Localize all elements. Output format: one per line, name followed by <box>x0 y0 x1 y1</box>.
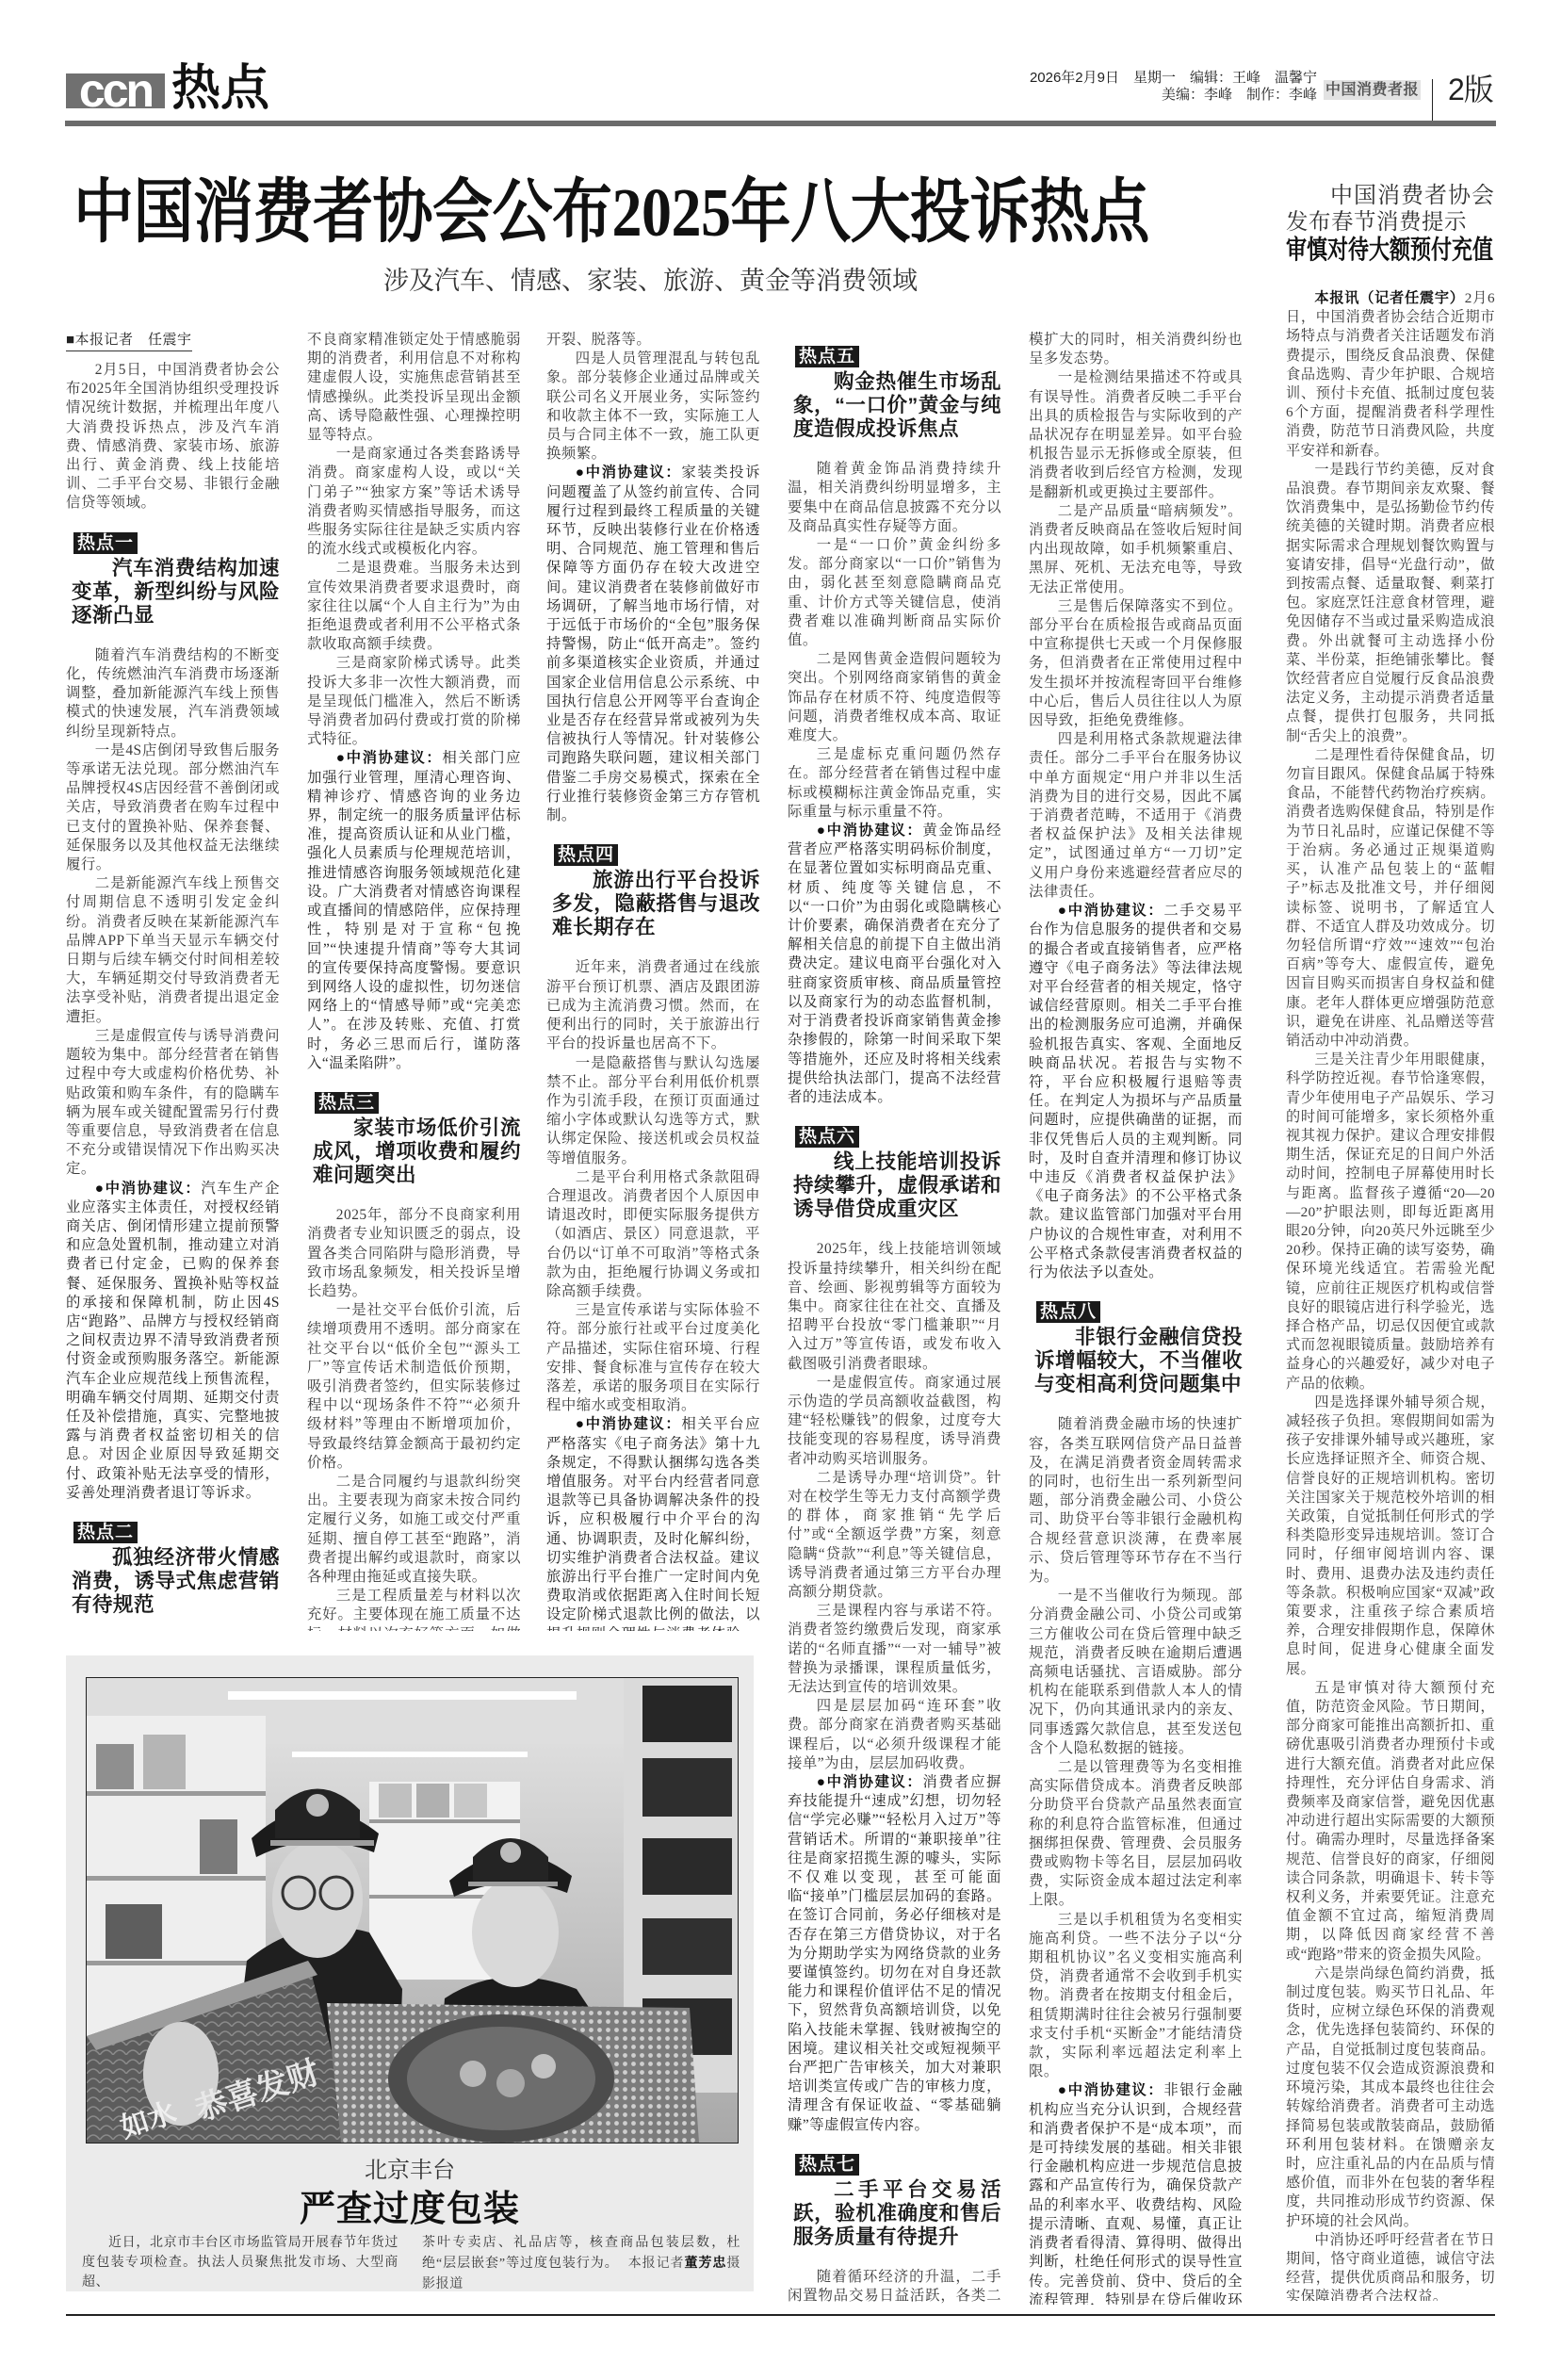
paragraph: 一是虚假宣传。商家通过展示伪造的学员高额收益截图，构建“轻松赚钱”的假象，过度夸… <box>788 1374 1001 1469</box>
sidebar-paragraph: 五是审慎对待大额预付充值，防范资金风险。节日期间，部分商家可能推出高额折扣、重磅… <box>1286 1679 1495 1964</box>
paragraph: 一是商家通过各类套路诱导消费。商家虚构人设，或以“关门弟子”“独家方案”等话术诱… <box>307 445 521 559</box>
hotspot-heading: 孤独经济带火情感消费，诱导式焦虑营销有待规范 <box>72 1546 280 1617</box>
paragraph: 一是4S店倒闭导致售后服务等承诺无法兑现。部分燃油汽车品牌授权4S店因经营不善倒… <box>66 742 280 874</box>
hotspot-label: 热点三 <box>315 1092 379 1114</box>
hotspot-section-4: 热点四 旅游出行平台投诉多发，隐蔽搭售与退改难长期存在 <box>546 844 760 939</box>
suggestion-lead: ●中消协建议： <box>576 465 682 481</box>
paragraph: 2025年，部分不良商家利用消费者专业知识匮乏的弱点，设置各类合同陷阱与隐形消费… <box>307 1206 521 1301</box>
photo-caption-left: 近日，北京市丰台区市场监管局开展春节年货过度包装专项检查。执法人员聚焦批发市场、… <box>82 2233 398 2292</box>
paragraph: 随着循环经济的升温，二手闲置物品交易日益活跃，各类二手电商平台快速发展。然而，在… <box>788 2268 1001 2305</box>
sidebar-paragraph: 中消协还呼吁经营者在节日期间，恪守商业道德，诚信守法经营，提供优质商品和服务，切… <box>1286 2231 1495 2301</box>
paragraph: 四是人员管理混乱与转包乱象。部分装修企业通过品牌或关联公司名义开展业务，实际签约… <box>546 350 760 464</box>
paragraph: 2025年，线上技能培训领域投诉量持续攀升，相关纠纷在配音、绘画、影视剪辑等方面… <box>788 1240 1001 1373</box>
credit-prefix: 本报记者 <box>628 2255 685 2270</box>
suggestion-text: 相关部门应加强行业管理，厘清心理咨询、精神诊疗、情感咨询的业务边界，制定统一的服… <box>307 750 521 1070</box>
paragraph: 二是产品质量“暗病频发”。消费者反映商品在签收后短时间内出现故障，如手机频繁重启… <box>1029 502 1243 597</box>
paragraph: 随着黄金饰品消费持续升温，相关消费纠纷明显增多，主要集中在商品信息披露不充分以及… <box>788 460 1001 536</box>
header-rule <box>65 121 1496 126</box>
article-column-1: ■本报记者 任震宇 2月5日，中国消费者协会公布2025年全国消协组织受理投诉情… <box>66 331 280 1631</box>
paragraph: 二是新能源汽车线上预售交付周期信息不透明引发定金纠纷。消费者反映在某新能源汽车品… <box>66 874 280 1027</box>
hotspot-label: 热点四 <box>554 844 618 866</box>
suggestion-lead: ●中消协建议： <box>95 1181 202 1197</box>
photo-caption-right: 茶叶专卖店、礼品店等，核查商品包装层数，杜绝“层层嵌套”等过度包装行为。本报记者… <box>422 2233 740 2294</box>
cca-suggestion: ●中消协建议：非银行金融机构应当充分认识到，合规经营和消费者保护不是“成本项”，… <box>1029 2081 1243 2305</box>
article-column-3: 开裂、脱落等。 四是人员管理混乱与转包乱象。部分装修企业通过品牌或关联公司名义开… <box>546 331 760 1631</box>
sidebar-paragraph: 三是关注青少年用眼健康，科学防控近视。春节恰逢寒假，青少年使用电子产品娱乐、学习… <box>1286 1051 1495 1394</box>
news-photo-image: 恭喜发财 如水 <box>87 1678 738 2143</box>
paragraph: 二是平台利用格式条款阻碍合理退改。消费者因个人原因申请退改时，即便实际服务提供方… <box>546 1168 760 1301</box>
paragraph: 四是层层加码“连环套”收费。部分商家在消费者购买基础课程后，以“必须升级课程才能… <box>788 1697 1001 1773</box>
sidebar-article: 本报讯（记者任震宇）2月6日，中国消费者协会结合近期市场特点与消费者关注话题发布… <box>1286 289 1495 2301</box>
news-photo: 恭喜发财 如水 <box>86 1677 739 2144</box>
hotspot-label: 热点二 <box>73 1522 138 1543</box>
hotspot-heading: 家装市场低价引流成风，增项收费和履约难问题突出 <box>313 1117 521 1187</box>
sidebar-paragraph: 一是践行节约美德，反对食品浪费。春节期间亲友欢聚、餐饮消费集中，是弘扬勤俭节约传… <box>1286 461 1495 746</box>
cca-suggestion: ●中消协建议：二手交易平台作为信息服务的提供者和交易的撮合者或直接销售者，应严格… <box>1029 902 1243 1282</box>
cca-suggestion: ●中消协建议：家装类投诉问题覆盖了从签约前宣传、合同履行过程到最终工程质量的关键… <box>546 464 760 825</box>
hotspot-heading: 旅游出行平台投诉多发，隐蔽搭售与退改难长期存在 <box>552 869 760 939</box>
byline: ■本报记者 任震宇 <box>66 331 192 351</box>
suggestion-text: 汽车生产企业应落实主体责任，对授权经销商关店、倒闭情形建立提前预警和应急处置机制… <box>66 1181 280 1501</box>
cca-suggestion: ●中消协建议：消费者应摒弃技能提升“速成”幻想，切勿轻信“学完必赚”“轻松月入过… <box>788 1773 1001 2135</box>
section-name: 热点 <box>171 62 269 117</box>
paragraph: 二是网售黄金造假问题较为突出。个别网络商家销售的黄金饰品存在材质不符、纯度造假等… <box>788 650 1001 745</box>
hotspot-heading: 线上技能培训投诉持续攀升，虚假承诺和诱导借贷成重灾区 <box>793 1150 1001 1221</box>
suggestion-lead: ●中消协建议： <box>576 1416 682 1432</box>
suggestion-text: 消费者应摒弃技能提升“速成”幻想，切勿轻信“学完必赚”“轻松月入过万”等营销话术… <box>788 1774 1001 2133</box>
page-subtitle: 涉及汽车、情感、家装、旅游、黄金等消费领域 <box>383 267 918 295</box>
paragraph: 三是商家阶梯式诱导。此类投诉大多非一次性大额消费，而是呈现低门槛准入，然后不断诱… <box>307 654 521 749</box>
issue-date-editors: 2026年2月9日 星期一 编辑：王峰 温馨宁 <box>1030 70 1317 87</box>
hotspot-section-1: 热点一 汽车消费结构加速变革，新型纠纷与风险逐渐凸显 <box>66 532 280 628</box>
header-divider <box>1432 79 1433 121</box>
paragraph-continued: 开裂、脱落等。 <box>546 331 760 350</box>
suggestion-lead: ●中消协建议： <box>817 823 923 839</box>
sidebar-paragraph: 二是理性看待保健食品，切勿盲目跟风。保健食品属于特殊食品，不能替代药物治疗疾病。… <box>1286 746 1495 1051</box>
hotspot-label: 热点八 <box>1036 1301 1100 1323</box>
cca-suggestion: ●中消协建议：黄金饰品经营者应严格落实明码标价制度，在显著位置如实标明商品克重、… <box>788 822 1001 1107</box>
suggestion-text: 非银行金融机构应当充分认识到，合规经营和消费者保护不是“成本项”，而是可持续发展… <box>1029 2082 1243 2305</box>
photo-feature: 恭喜发财 如水 北京丰台 严查过度包装 近日，北京市丰台区市场监管局开展春节年货… <box>66 1655 754 2291</box>
paragraph: 2月5日，中国消费者协会公布2025年全国消协组织受理投诉情况统计数据，并梳理出… <box>66 361 280 513</box>
suggestion-text: 家装类投诉问题覆盖了从签约前宣传、合同履行过程到最终工程质量的关键环节，反映出装… <box>546 465 760 823</box>
hotspot-heading: 非银行金融信贷投诉增幅较大，不当催收与变相高利贷问题集中 <box>1034 1326 1243 1396</box>
sidebar-kicker-line-1: 中国消费者协会 <box>1286 183 1495 208</box>
hotspot-heading: 汽车消费结构加速变革，新型纠纷与风险逐渐凸显 <box>72 557 280 628</box>
paragraph: 一是隐蔽搭售与默认勾选屡禁不止。部分平台利用低价机票作为引流手段，在预订页面通过… <box>546 1054 760 1168</box>
page-bottom-rule <box>66 2314 1495 2316</box>
paragraph: 三是售后保障落实不到位。部分平台在质检报告或商品页面中宣称提供七天或一个月保修服… <box>1029 597 1243 730</box>
sidebar-dateline-source: 本报讯（记者任震宇） <box>1314 290 1464 306</box>
paragraph: 三是虚标克重问题仍然存在。部分经营者在销售过程中虚标或模糊标注黄金饰品克重，实际… <box>788 745 1001 822</box>
suggestion-lead: ●中消协建议： <box>336 750 443 766</box>
hotspot-heading: 购金热催生市场乱象，“一口价”黄金与纯度造假成投诉焦点 <box>793 370 1001 441</box>
sidebar-paragraph: 本报讯（记者任震宇）2月6日，中国消费者协会结合近期市场特点与消费者关注话题发布… <box>1286 289 1495 461</box>
suggestion-lead: ●中消协建议： <box>1058 2082 1164 2098</box>
paragraph: 二是退费难。当服务未达到宣传效果消费者要求退费时，商家往往以属“个人自主行为”为… <box>307 559 521 654</box>
paragraph-continued: 模扩大的同时，相关消费纠纷也呈多发态势。 <box>1029 331 1243 368</box>
hotspot-section-2: 热点二 孤独经济带火情感消费，诱导式焦虑营销有待规范 <box>66 1522 280 1617</box>
hotspot-heading: 二手平台交易活跃，验机准确度和售后服务质量有待提升 <box>793 2178 1001 2249</box>
photo-title: 严查过度包装 <box>66 2189 754 2230</box>
hotspot-section-8: 热点八 非银行金融信贷投诉增幅较大，不当催收与变相高利贷问题集中 <box>1029 1301 1243 1396</box>
sidebar-paragraph: 四是选择课外辅导须合规，减轻孩子负担。寒假期间如需为孩子安排课外辅导或兴趣班，家… <box>1286 1394 1495 1679</box>
cca-suggestion: ●中消协建议：相关部门应加强行业管理，厘清心理咨询、精神诊疗、情感咨询的业务边界… <box>307 749 521 1072</box>
suggestion-text: 相关平台应严格落实《电子商务法》第十九条规定，不得默认捆绑勾选各类增值服务。对平… <box>546 1416 760 1631</box>
issue-staff: 美编：李峰 制作：李峰 <box>1162 87 1317 104</box>
paragraph: 三是课程内容与承诺不符。消费者签约缴费后发现，商家承诺的“名师直播”“一对一辅导… <box>788 1602 1001 1697</box>
paragraph: 三是以手机租赁为名变相实施高利贷。一些不法分子以“分期租机协议”名义变相实施高利… <box>1029 1911 1243 2082</box>
sidebar-lead-text: 2月6日，中国消费者协会结合近期市场特点与消费者关注话题发布消费提示，围绕反食品… <box>1286 290 1495 459</box>
hotspot-label: 热点七 <box>795 2154 859 2176</box>
paragraph: 一是社交平台低价引流，后续增项费用不透明。部分商家在社交平台以“低价全包”“源头… <box>307 1301 521 1473</box>
cca-suggestion: ●中消协建议：汽车生产企业应落实主体责任，对授权经销商关店、倒闭情形建立提前预警… <box>66 1180 280 1503</box>
article-column-2: 不良商家精准锁定处于情感脆弱期的消费者，利用信息不对称构建虚假人设，实施焦虑营销… <box>307 331 521 1631</box>
newspaper-logo: 中国消费者报 <box>1324 80 1421 100</box>
paragraph: 二是诱导办理“培训贷”。针对在校学生等无力支付高额学费的群体，商家推销“先学后付… <box>788 1469 1001 1602</box>
hotspot-section-7: 热点七 二手平台交易活跃，验机准确度和售后服务质量有待提升 <box>788 2154 1001 2249</box>
section-logo-ccn: ccn <box>66 73 165 108</box>
paragraph: 二是以管理费等为名变相推高实际借贷成本。消费者反映部分助贷平台贷款产品虽然表面宣… <box>1029 1758 1243 1911</box>
hotspot-label: 热点六 <box>795 1126 859 1148</box>
paragraph: 二是合同履约与退款纠纷突出。主要表现为商家未按合同约定履行义务，如施工或交付严重… <box>307 1473 521 1587</box>
paragraph: 随着消费金融市场的快速扩容，各类互联网信贷产品日益普及，在满足消费者资金周转需求… <box>1029 1415 1243 1587</box>
paragraph-continued: 不良商家精准锁定处于情感脆弱期的消费者，利用信息不对称构建虚假人设，实施焦虑营销… <box>307 331 521 445</box>
hotspot-section-6: 热点六 线上技能培训投诉持续攀升，虚假承诺和诱导借贷成重灾区 <box>788 1126 1001 1221</box>
paragraph: 四是利用格式条款规避法律责任。部分二手平台在服务协议中单方面规定“用户并非以生活… <box>1029 730 1243 902</box>
sidebar-headline: 审慎对待大额预付充值 <box>1286 236 1493 264</box>
paragraph: 一是“一口价”黄金纠纷多发。部分商家以“一口价”销售为由，弱化甚至刻意隐瞒商品克… <box>788 536 1001 650</box>
hotspot-label: 热点五 <box>795 346 859 367</box>
cca-suggestion: ●中消协建议：相关平台应严格落实《电子商务法》第十九条规定，不得默认捆绑勾选各类… <box>546 1415 760 1631</box>
suggestion-text: 黄金饰品经营者应严格落实明码标价制度，在显著位置如实标明商品克重、材质、纯度等关… <box>788 823 1001 1105</box>
suggestion-lead: ●中消协建议： <box>817 1774 923 1790</box>
paragraph: 一是不当催收行为频现。部分消费金融公司、小贷公司或第三方催收公司在贷后管理中缺乏… <box>1029 1587 1243 1758</box>
paragraph: 一是检测结果描述不符或具有误导性。消费者反映二手平台出具的质检报告与实际收到的产… <box>1029 368 1243 501</box>
paragraph: 近年来，消费者通过在线旅游平台预订机票、酒店及跟团游已成为主流消费习惯。然而，在… <box>546 958 760 1053</box>
article-column-5: 模扩大的同时，相关消费纠纷也呈多发态势。 一是检测结果描述不符或具有误导性。消费… <box>1029 331 1243 2305</box>
article-column-4: 热点五 购金热催生市场乱象，“一口价”黄金与纯度造假成投诉焦点 随着黄金饰品消费… <box>788 331 1001 2305</box>
hotspot-label: 热点一 <box>73 532 138 554</box>
page-number: 2版 <box>1448 73 1493 106</box>
sidebar-kicker-line-2: 发布春节消费提示 <box>1286 209 1467 234</box>
photo-location: 北京丰台 <box>66 2158 754 2184</box>
sidebar-paragraph: 六是崇尚绿色简约消费，抵制过度包装。购买节日礼品、年货时，应树立绿色环保的消费观… <box>1286 1964 1495 2231</box>
suggestion-lead: ●中消协建议： <box>1058 903 1164 919</box>
paragraph: 三是虚假宣传与诱导消费问题较为集中。部分经营者在销售过程中夸大或虚构价格优势、补… <box>66 1027 280 1180</box>
page-title: 中国消费者协会公布2025年八大投诉热点 <box>73 177 1149 249</box>
hotspot-section-3: 热点三 家装市场低价引流成风，增项收费和履约难问题突出 <box>307 1092 521 1187</box>
hotspot-section-5: 热点五 购金热催生市场乱象，“一口价”黄金与纯度造假成投诉焦点 <box>788 346 1001 441</box>
paragraph: 三是宣传承诺与实际体验不符。部分旅行社或平台过度美化产品描述，实际住宿环境、行程… <box>546 1301 760 1415</box>
suggestion-text: 二手交易平台作为信息服务的提供者和交易的撮合者或直接销售者，应严格遵守《电子商务… <box>1029 903 1243 1280</box>
paragraph: 三是工程质量差与材料以次充好。主要体现在施工质量不达标、材料以次充好等方面，如做… <box>307 1587 521 1631</box>
credit-photographer: 董芳忠 <box>685 2255 727 2270</box>
paragraph: 随着汽车消费结构的不断变化，传统燃油汽车消费市场逐渐调整，叠加新能源汽车线上预售… <box>66 646 280 742</box>
